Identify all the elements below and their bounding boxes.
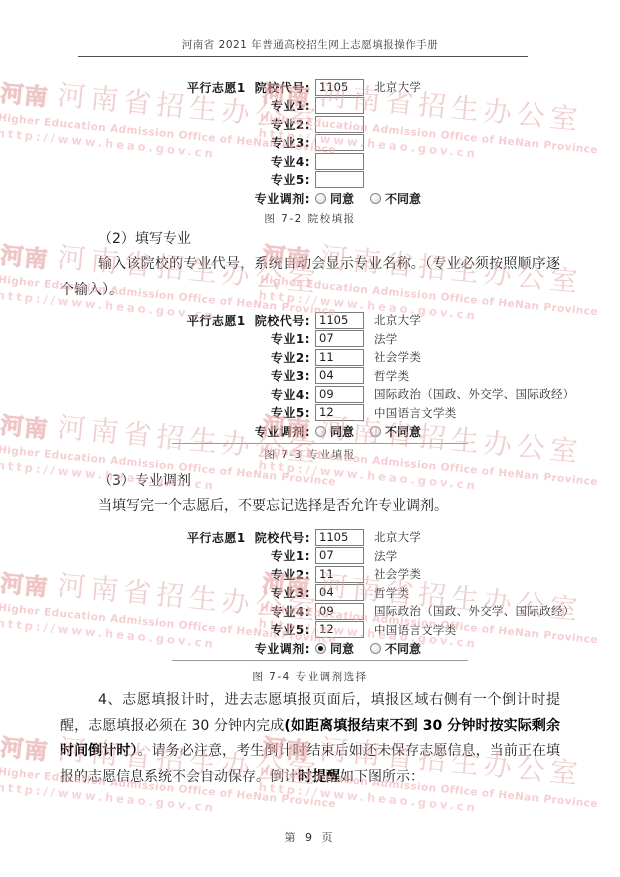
major-row: 专业1: [160, 97, 590, 116]
college-code-row: 平行志愿1院校代号: 1105 北京大学 [160, 311, 590, 330]
volunteer-label: 平行志愿1 [187, 531, 246, 545]
college-name: 北京大学 [374, 529, 421, 545]
radio-disagree[interactable] [370, 643, 381, 654]
college-name: 北京大学 [374, 312, 421, 328]
major-5-label: 专业5: [160, 621, 315, 638]
agree-label: 同意 [330, 640, 354, 657]
adjustment-row: 专业调剂: 同意 不同意 [160, 422, 590, 441]
disagree-label: 不同意 [385, 423, 421, 440]
major-3-name: 哲学类 [374, 585, 409, 601]
college-code-row: 平行志愿1院校代号: 1105 北京大学 [160, 528, 590, 547]
major-3-label: 专业3: [160, 134, 315, 151]
radio-disagree[interactable] [370, 426, 381, 437]
major-4-input[interactable] [315, 153, 364, 170]
major-row: 专业2: 11 社会学类 [160, 348, 590, 367]
major-3-input[interactable]: 04 [315, 584, 364, 601]
section-2-heading: （2）填写专业 [60, 228, 560, 248]
major-5-label: 专业5: [160, 171, 315, 188]
header-divider [78, 56, 528, 57]
major-1-input[interactable]: 07 [315, 330, 364, 347]
paragraph-bold-run: 时提醒 [298, 769, 340, 785]
page-number: 第 9 页 [0, 829, 620, 845]
major-3-label: 专业3: [160, 367, 315, 384]
heao-logo-icon: 河南 [0, 407, 50, 444]
agree-label: 同意 [330, 423, 354, 440]
major-5-name: 中国语言文学类 [374, 622, 457, 638]
paragraph-countdown-notice: 4、志愿填报计时，进去志愿填报页面后，填报区域右侧有一个倒计时提醒，志愿填报必须… [60, 688, 560, 790]
major-1-label: 专业1: [160, 97, 315, 114]
disagree-label: 不同意 [385, 190, 421, 207]
adjustment-row: 专业调剂: 同意 不同意 [160, 189, 590, 208]
major-2-name: 社会学类 [374, 349, 421, 365]
figure-caption: 图 7-3 专业填报 [0, 447, 620, 462]
major-1-input[interactable]: 07 [315, 547, 364, 564]
section-2-paragraph: 输入该院校的专业代号，系统自动会显示专业名称。（专业必须按照顺序逐个输入）。 [60, 252, 560, 303]
major-4-input[interactable]: 09 [315, 603, 364, 620]
major-3-label: 专业3: [160, 584, 315, 601]
major-row: 专业1: 07 法学 [160, 330, 590, 349]
major-5-name: 中国语言文学类 [374, 405, 457, 421]
form-divider [172, 443, 468, 444]
major-row: 专业2: [160, 115, 590, 134]
volunteer-label: 平行志愿1 [187, 81, 246, 95]
major-row: 专业3: [160, 134, 590, 153]
major-4-input[interactable]: 09 [315, 386, 364, 403]
major-row: 专业5: 12 中国语言文学类 [160, 404, 590, 423]
heao-logo-icon: 河南 [0, 237, 50, 274]
major-2-label: 专业2: [160, 116, 315, 133]
radio-disagree[interactable] [370, 193, 381, 204]
college-code-input[interactable]: 1105 [315, 79, 364, 96]
major-5-input[interactable] [315, 171, 364, 188]
figure-caption: 图 7-4 专业调剂选择 [0, 669, 620, 684]
college-code-row: 平行志愿1院校代号: 1105 北京大学 [160, 78, 590, 97]
major-2-name: 社会学类 [374, 566, 421, 582]
college-form-fig7-2: 平行志愿1院校代号: 1105 北京大学 专业1: 专业2: 专业3: 专业4:… [160, 78, 590, 226]
figure-caption: 图 7-2 院校填报 [0, 211, 620, 226]
adjustment-label: 专业调剂: [160, 423, 315, 440]
major-row: 专业3: 04 哲学类 [160, 584, 590, 603]
major-1-label: 专业1: [160, 547, 315, 564]
major-row: 专业1: 07 法学 [160, 547, 590, 566]
major-row: 专业5: [160, 171, 590, 190]
radio-agree[interactable] [315, 426, 326, 437]
agree-label: 同意 [330, 190, 354, 207]
heao-logo-icon: 河南 [0, 565, 50, 602]
college-code-label: 院校代号: [255, 531, 310, 545]
major-5-label: 专业5: [160, 404, 315, 421]
adjustment-row: 专业调剂: 同意 不同意 [160, 639, 590, 658]
heao-logo-icon: 河南 [0, 75, 50, 112]
adjustment-label: 专业调剂: [160, 190, 315, 207]
major-5-input[interactable]: 12 [315, 404, 364, 421]
section-3-heading: （3）专业调剂 [60, 470, 560, 490]
major-4-label: 专业4: [160, 386, 315, 403]
major-row: 专业2: 11 社会学类 [160, 565, 590, 584]
major-2-label: 专业2: [160, 566, 315, 583]
college-code-input[interactable]: 1105 [315, 529, 364, 546]
major-4-label: 专业4: [160, 153, 315, 170]
major-1-name: 法学 [374, 548, 398, 564]
heao-logo-icon: 河南 [0, 729, 50, 766]
adjustment-label: 专业调剂: [160, 640, 315, 657]
major-row: 专业4: [160, 152, 590, 171]
paragraph-run: 如下图所示： [340, 769, 424, 785]
major-3-input[interactable]: 04 [315, 367, 364, 384]
section-3-paragraph: 当填写完一个志愿后，不要忘记选择是否允许专业调剂。 [60, 494, 560, 520]
radio-agree-selected[interactable] [315, 643, 326, 654]
form-divider [172, 660, 468, 661]
major-2-input[interactable]: 11 [315, 566, 364, 583]
major-3-name: 哲学类 [374, 368, 409, 384]
college-name: 北京大学 [374, 79, 421, 95]
major-3-input[interactable] [315, 134, 364, 151]
college-form-fig7-3: 平行志愿1院校代号: 1105 北京大学 专业1: 07 法学 专业2: 11 … [160, 311, 590, 462]
page-title: 河南省 2021 年普通高校招生网上志愿填报操作手册 [0, 37, 620, 52]
major-2-input[interactable]: 11 [315, 349, 364, 366]
major-row: 专业4: 09 国际政治（国政、外交学、国际政经） [160, 602, 590, 621]
major-row: 专业4: 09 国际政治（国政、外交学、国际政经） [160, 385, 590, 404]
major-5-input[interactable]: 12 [315, 621, 364, 638]
major-2-label: 专业2: [160, 349, 315, 366]
major-1-input[interactable] [315, 97, 364, 114]
major-1-label: 专业1: [160, 330, 315, 347]
major-row: 专业5: 12 中国语言文学类 [160, 621, 590, 640]
volunteer-label: 平行志愿1 [187, 314, 246, 328]
major-row: 专业3: 04 哲学类 [160, 367, 590, 386]
major-4-label: 专业4: [160, 603, 315, 620]
college-code-label: 院校代号: [255, 314, 310, 328]
disagree-label: 不同意 [385, 640, 421, 657]
radio-agree[interactable] [315, 193, 326, 204]
college-form-fig7-4: 平行志愿1院校代号: 1105 北京大学 专业1: 07 法学 专业2: 11 … [160, 528, 590, 684]
major-4-name: 国际政治（国政、外交学、国际政经） [374, 386, 575, 402]
college-code-input[interactable]: 1105 [315, 312, 364, 329]
major-4-name: 国际政治（国政、外交学、国际政经） [374, 603, 575, 619]
major-1-name: 法学 [374, 331, 398, 347]
major-2-input[interactable] [315, 116, 364, 133]
college-code-label: 院校代号: [255, 81, 310, 95]
